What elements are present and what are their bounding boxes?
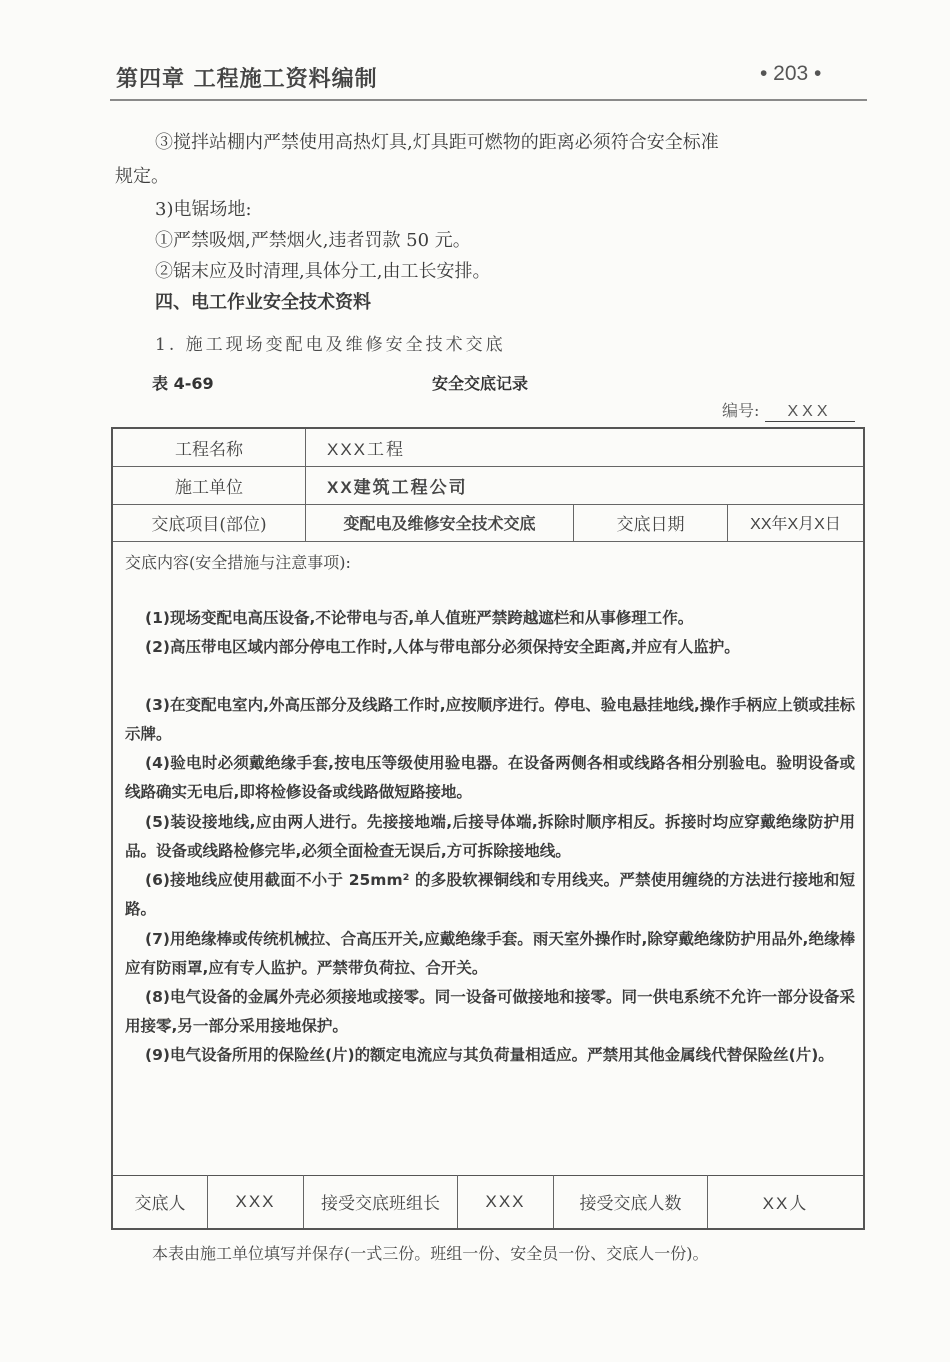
content-item: (2)高压带电区域内部分停电工作时,人体与带电部分必须保持安全距离,并应有人监护… bbox=[125, 633, 855, 662]
presenter-label: 交底人 bbox=[113, 1175, 207, 1228]
briefing-date-value: XX年X月X日 bbox=[728, 504, 863, 541]
row-divider bbox=[113, 541, 863, 542]
content-item-text: (4)验电时必须戴绝缘手套,按电压等级使用验电器。在设备两侧各相或线路各相分别验… bbox=[125, 754, 855, 801]
content-item: (5)装设接地线,应由两人进行。先接接地端,后接导体端,拆除时顺序相反。拆接时均… bbox=[125, 808, 855, 866]
paragraph-line: 3)电锯场地: bbox=[155, 195, 252, 221]
paragraph-line: ①严禁吸烟,严禁烟火,违者罚款 50 元。 bbox=[155, 226, 471, 252]
header-divider bbox=[110, 99, 867, 101]
content-item: (7)用绝缘棒或传统机械拉、合高压开关,应戴绝缘手套。雨天室外操作时,除穿戴绝缘… bbox=[125, 925, 855, 983]
content-item: (4)验电时必须戴绝缘手套,按电压等级使用验电器。在设备两侧各相或线路各相分别验… bbox=[125, 749, 855, 807]
chapter-title: 第四章 工程施工资料编制 bbox=[116, 62, 378, 93]
content-item-text: (2)高压带电区域内部分停电工作时,人体与带电部分必须保持安全距离,并应有人监护… bbox=[145, 638, 740, 656]
page-number: • 203 • bbox=[760, 62, 821, 86]
content-item: (6)接地线应使用截面不小于 25mm² 的多股软裸铜线和专用线夹。严禁使用缠绕… bbox=[125, 866, 855, 924]
content-item-text: (5)装设接地线,应由两人进行。先接接地端,后接导体端,拆除时顺序相反。拆接时均… bbox=[125, 813, 855, 860]
briefing-item-label: 交底项目(部位) bbox=[113, 504, 305, 541]
content-item-text: (7)用绝缘棒或传统机械拉、合高压开关,应戴绝缘手套。雨天室外操作时,除穿戴绝缘… bbox=[125, 930, 855, 977]
paragraph-line: ②锯末应及时清理,具体分工,由工长安排。 bbox=[155, 257, 490, 283]
serial-value: XXX bbox=[765, 403, 855, 422]
serial-label: 编号: bbox=[722, 401, 759, 420]
table-number: 表 4-69 bbox=[152, 371, 214, 394]
content-label: 交底内容(安全措施与注意事项): bbox=[125, 550, 351, 573]
briefing-item-value: 变配电及维修安全技术交底 bbox=[306, 504, 573, 541]
sub-heading: 1. 施工现场变配电及维修安全技术交底 bbox=[155, 330, 506, 355]
content-item-text: (1)现场变配电高压设备,不论带电与否,单人值班严禁跨越遮栏和从事修理工作。 bbox=[145, 609, 693, 627]
contractor-value: XX建筑工程公司 bbox=[327, 466, 857, 504]
team-leader-label: 接受交底班组长 bbox=[304, 1175, 457, 1228]
paragraph-line: 规定。 bbox=[115, 162, 169, 188]
recipients-count-label: 接受交底人数 bbox=[554, 1175, 707, 1228]
serial-number: 编号: XXX bbox=[722, 398, 855, 422]
content-item: (9)电气设备所用的保险丝(片)的额定电流应与其负荷量相适应。严禁用其他金属线代… bbox=[125, 1041, 855, 1070]
table-title: 安全交底记录 bbox=[432, 371, 528, 394]
contractor-label: 施工单位 bbox=[113, 466, 305, 504]
presenter-value: XXX bbox=[208, 1175, 303, 1228]
content-item-text: (3)在变配电室内,外高压部分及线路工作时,应按顺序进行。停电、验电悬挂地线,操… bbox=[125, 696, 855, 743]
team-leader-value: XXX bbox=[458, 1175, 553, 1228]
content-item-text: (6)接地线应使用截面不小于 25mm² 的多股软裸铜线和专用线夹。严禁使用缠绕… bbox=[125, 871, 855, 918]
recipients-count-value: XX人 bbox=[708, 1175, 863, 1228]
table-footnote: 本表由施工单位填写并保存(一式三份。班组一份、安全员一份、交底人一份)。 bbox=[152, 1241, 709, 1264]
content-item: (1)现场变配电高压设备,不论带电与否,单人值班严禁跨越遮栏和从事修理工作。 bbox=[125, 604, 855, 633]
briefing-date-label: 交底日期 bbox=[574, 504, 727, 541]
paragraph-line: ③搅拌站棚内严禁使用高热灯具,灯具距可燃物的距离必须符合安全标准 bbox=[155, 128, 719, 154]
content-item: (8)电气设备的金属外壳必须接地或接零。同一设备可做接地和接零。同一供电系统不允… bbox=[125, 983, 855, 1041]
content-item-text: (9)电气设备所用的保险丝(片)的额定电流应与其负荷量相适应。严禁用其他金属线代… bbox=[145, 1046, 834, 1064]
project-name-value: XXX工程 bbox=[327, 429, 857, 466]
section-heading: 四、电工作业安全技术资料 bbox=[155, 288, 371, 314]
content-item: (3)在变配电室内,外高压部分及线路工作时,应按顺序进行。停电、验电悬挂地线,操… bbox=[125, 691, 855, 749]
project-name-label: 工程名称 bbox=[113, 429, 305, 466]
content-item-text: (8)电气设备的金属外壳必须接地或接零。同一设备可做接地和接零。同一供电系统不允… bbox=[125, 988, 855, 1035]
